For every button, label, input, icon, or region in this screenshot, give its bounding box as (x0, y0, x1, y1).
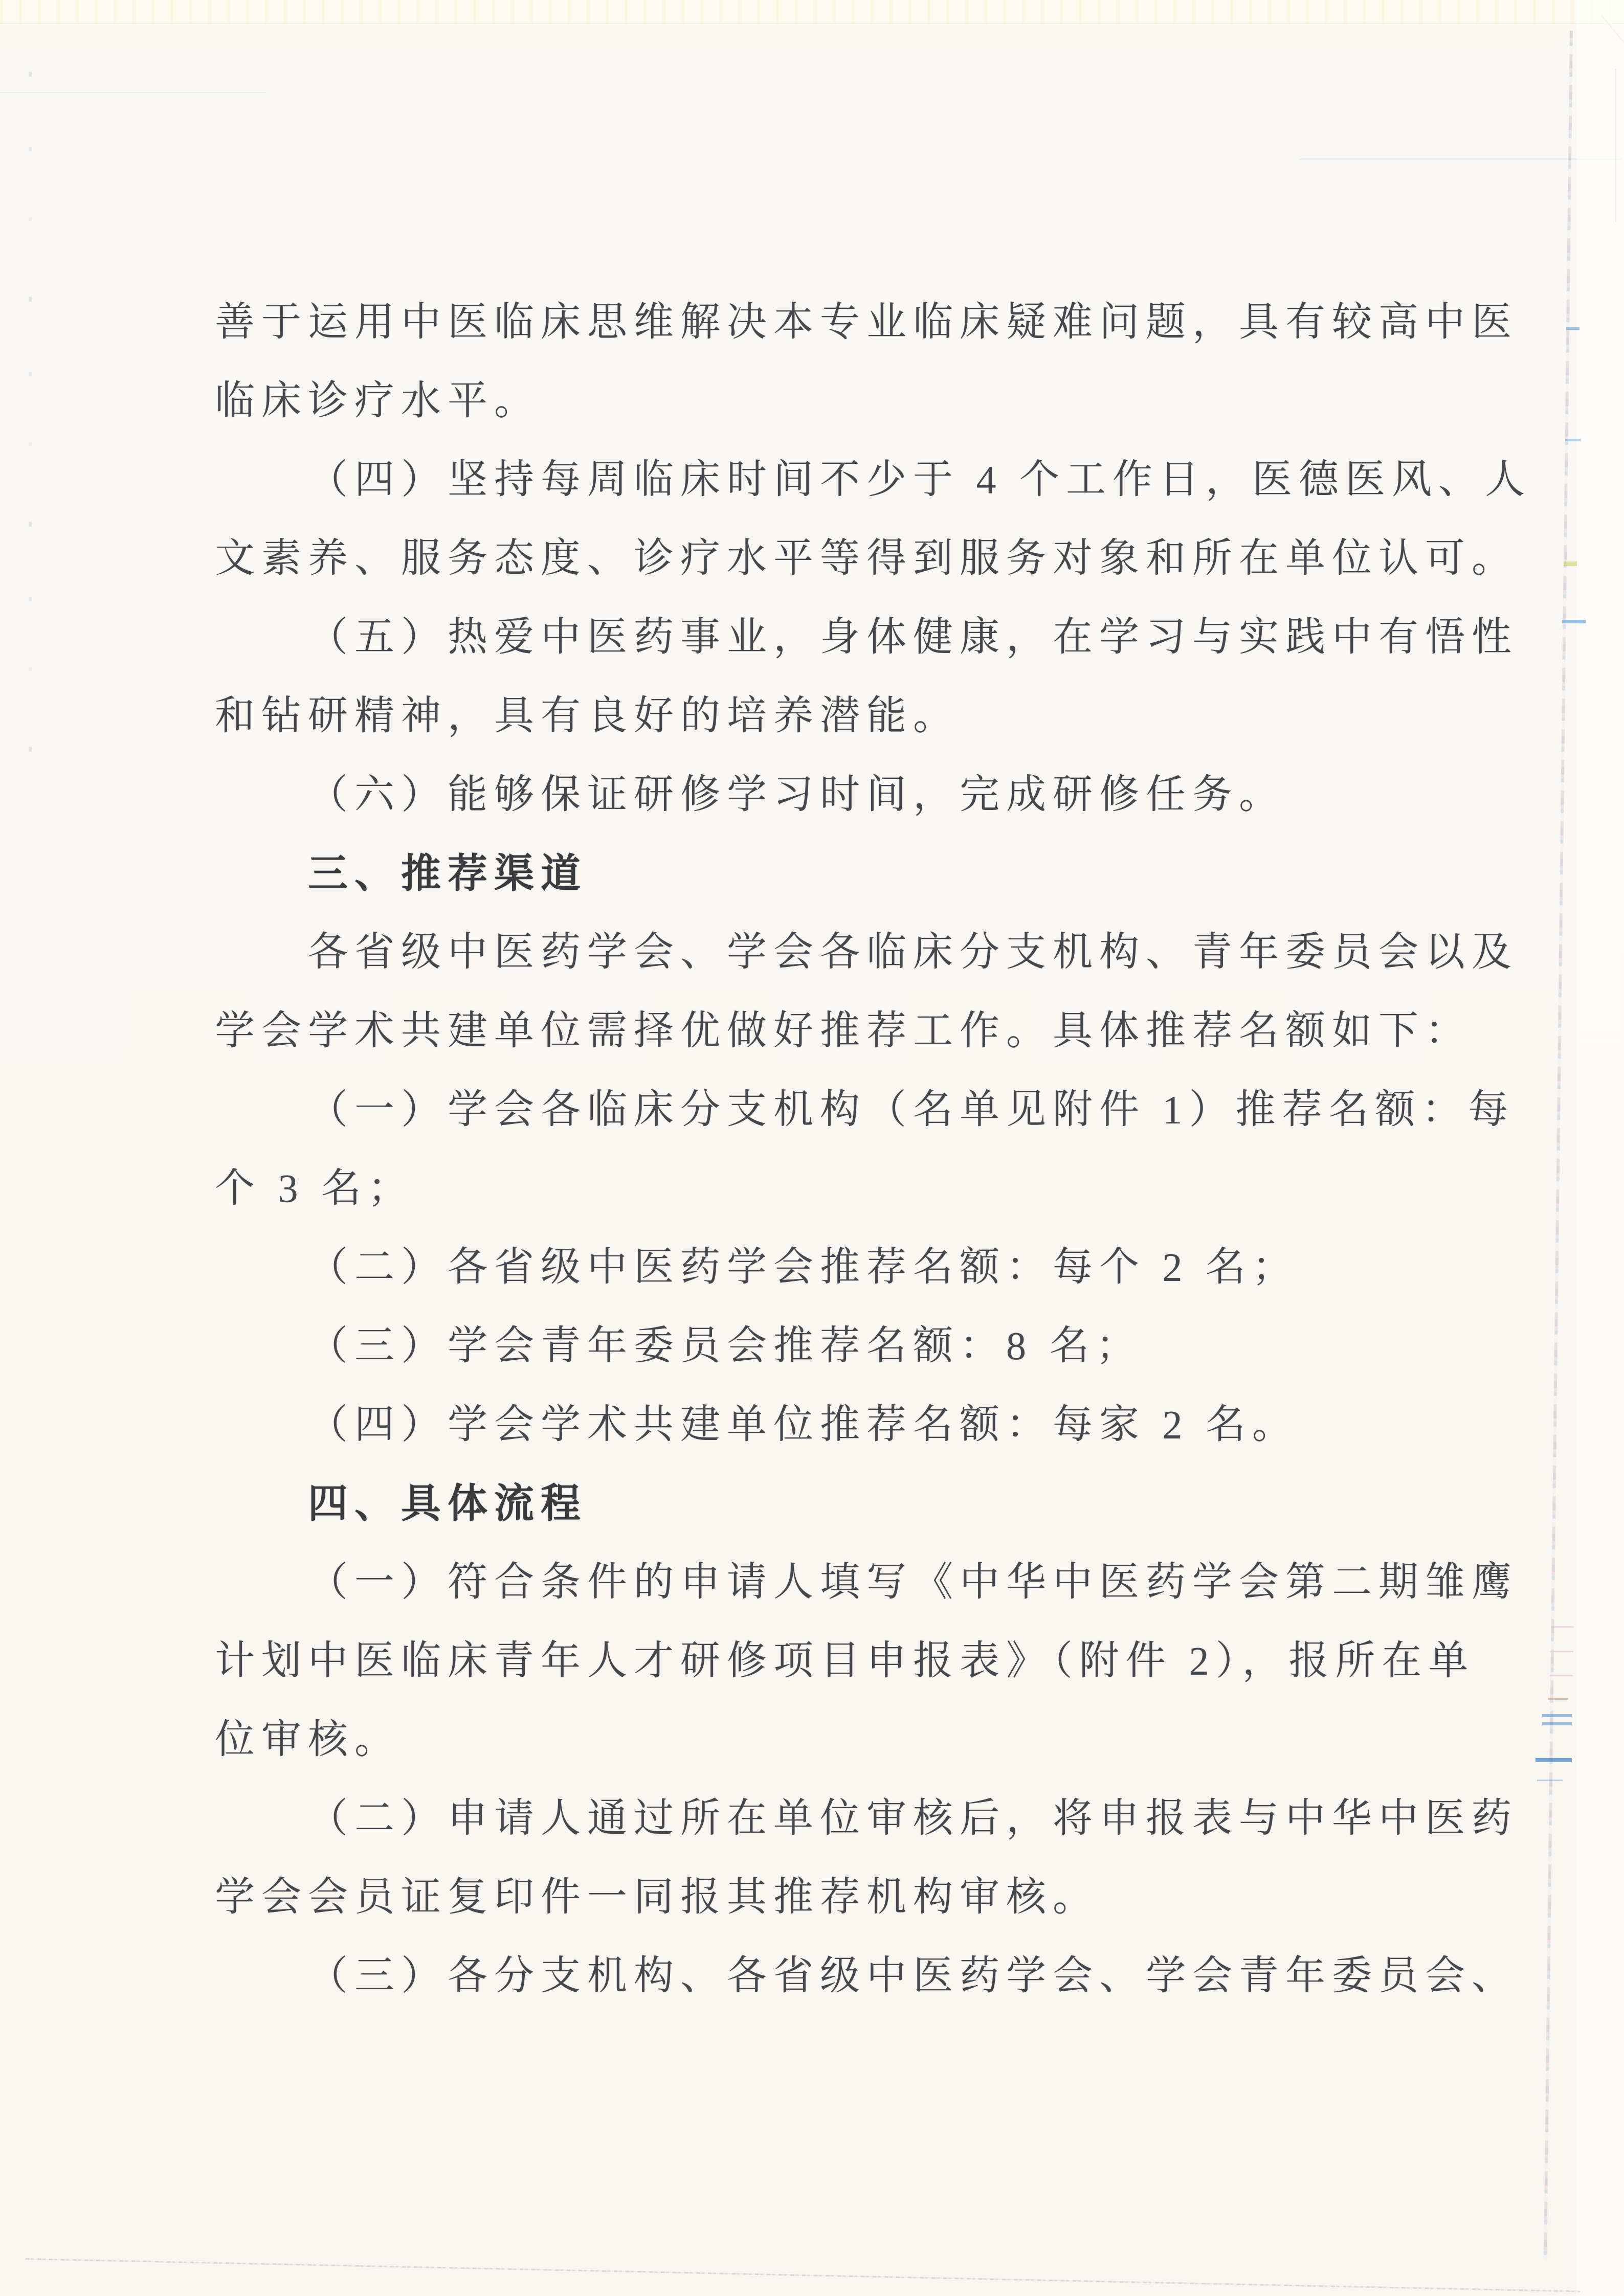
text-line: （三）学会青年委员会推荐名额：8 名； (215, 1307, 1524, 1385)
text-line: 文素养、服务态度、诊疗水平等得到服务对象和所在单位认可。 (215, 519, 1524, 598)
scan-underlay-bottom-edge (26, 2258, 1580, 2292)
scan-underlay-page-edge (1544, 31, 1573, 2260)
scan-speck-column (29, 72, 32, 752)
text-line: （二）各省级中医药学会推荐名额：每个 2 名； (215, 1228, 1524, 1307)
text-line: （一）符合条件的申请人填写《中华中医药学会第二期雏鹰 (215, 1543, 1524, 1622)
scan-top-band (0, 0, 1624, 24)
text-line: 学会学术共建单位需择优做好推荐工作。具体推荐名额如下： (215, 992, 1524, 1070)
scan-tick-blue (1537, 1780, 1563, 1781)
scan-tick-brown (1548, 1698, 1568, 1700)
text-line: （四）学会学术共建单位推荐名额：每家 2 名。 (215, 1385, 1524, 1464)
text-line: （五）热爱中医药事业，身体健康，在学习与实践中有悟性 (215, 598, 1524, 677)
text-line: （六）能够保证研修学习时间，完成研修任务。 (215, 755, 1524, 834)
document-text-block: 善于运用中医临床思维解决本专业临床疑难问题，具有较高中医 临床诊疗水平。 （四）… (215, 283, 1524, 2015)
text-line: （四）坚持每周临床时间不少于 4 个工作日，医德医风、人 (215, 440, 1524, 519)
text-line: 计划中医临床青年人才研修项目申报表》（附件 2），报所在单 (215, 1622, 1524, 1700)
scan-tick-blue (1562, 620, 1586, 623)
text-line: 临床诊疗水平。 (215, 362, 1524, 440)
scanned-document-page: 善于运用中医临床思维解决本专业临床疑难问题，具有较高中医 临床诊疗水平。 （四）… (0, 0, 1624, 2296)
scan-noise-hairline-right (1299, 159, 1621, 160)
scan-tick-yellow (1564, 561, 1577, 566)
scan-tick-blue (1542, 1722, 1572, 1725)
text-line: 和钻研精神，具有良好的培养潜能。 (215, 677, 1524, 755)
scan-tick-pink (1550, 1651, 1573, 1652)
scan-right-page-edge-line (1615, 69, 1616, 222)
scan-tick-pink (1550, 1675, 1573, 1676)
scan-noise-hairline-left (0, 92, 266, 93)
heading-recommendation-channels: 三、推荐渠道 (215, 834, 1524, 913)
scan-right-band (1576, 0, 1624, 2296)
heading-specific-process: 四、具体流程 (215, 1464, 1524, 1543)
text-line: 善于运用中医临床思维解决本专业临床疑难问题，具有较高中医 (215, 283, 1524, 362)
scan-tick-pink (1551, 1626, 1574, 1628)
text-line: 学会会员证复印件一同报其推荐机构审核。 (215, 1858, 1524, 1937)
scan-tick-blue (1565, 439, 1581, 441)
scan-tick-blue (1542, 1714, 1572, 1717)
text-line: 各省级中医药学会、学会各临床分支机构、青年委员会以及 (215, 913, 1524, 992)
text-line: 位审核。 (215, 1700, 1524, 1779)
scan-tick-blue (1566, 327, 1579, 330)
scan-tick-blue (1536, 1758, 1572, 1762)
text-line: （二）申请人通过所在单位审核后，将申报表与中华中医药 (215, 1779, 1524, 1858)
text-line: （三）各分支机构、各省级中医药学会、学会青年委员会、 (215, 1937, 1524, 2015)
text-line: 个 3 名； (215, 1149, 1524, 1228)
text-line: （一）学会各临床分支机构（名单见附件 1）推荐名额：每 (215, 1070, 1524, 1149)
